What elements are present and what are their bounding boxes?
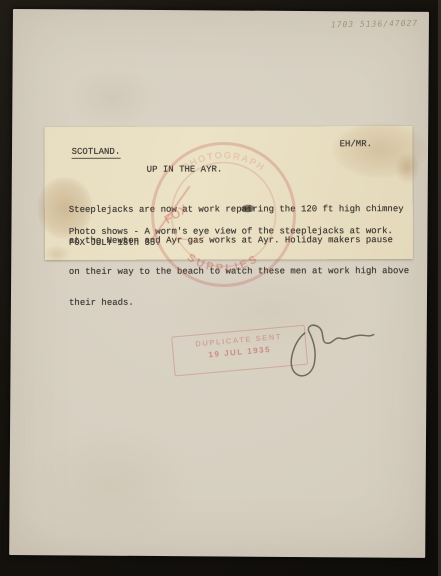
- scanned-photo-back: 1703 5136/47027 SCOTLAND. EH/MR. UP IN T…: [0, 0, 441, 576]
- region-label: SCOTLAND.: [72, 147, 121, 158]
- stain-blotch: [43, 245, 71, 263]
- desk-code: EH/MR.: [340, 139, 372, 149]
- stamp-center-text: FOX: [162, 202, 190, 227]
- stain-blotch: [67, 64, 157, 130]
- stain-blotch: [395, 152, 421, 184]
- photo-paper: 1703 5136/47027 SCOTLAND. EH/MR. UP IN T…: [9, 9, 429, 558]
- signature-scribble: [276, 321, 376, 388]
- circular-supplies-stamp: PHOTOGRAPH SUPPLIES FOX: [137, 128, 310, 301]
- signature-path: [291, 325, 374, 376]
- region-label-text: SCOTLAND.: [72, 147, 121, 159]
- stain-blotch: [333, 122, 428, 178]
- stain-blotch: [27, 424, 198, 545]
- handwritten-reference-number: 1703 5136/47027: [331, 19, 418, 30]
- stamp-bottom-arc-text: SUPPLIES: [185, 252, 262, 275]
- svg-text:SUPPLIES: SUPPLIES: [185, 252, 262, 275]
